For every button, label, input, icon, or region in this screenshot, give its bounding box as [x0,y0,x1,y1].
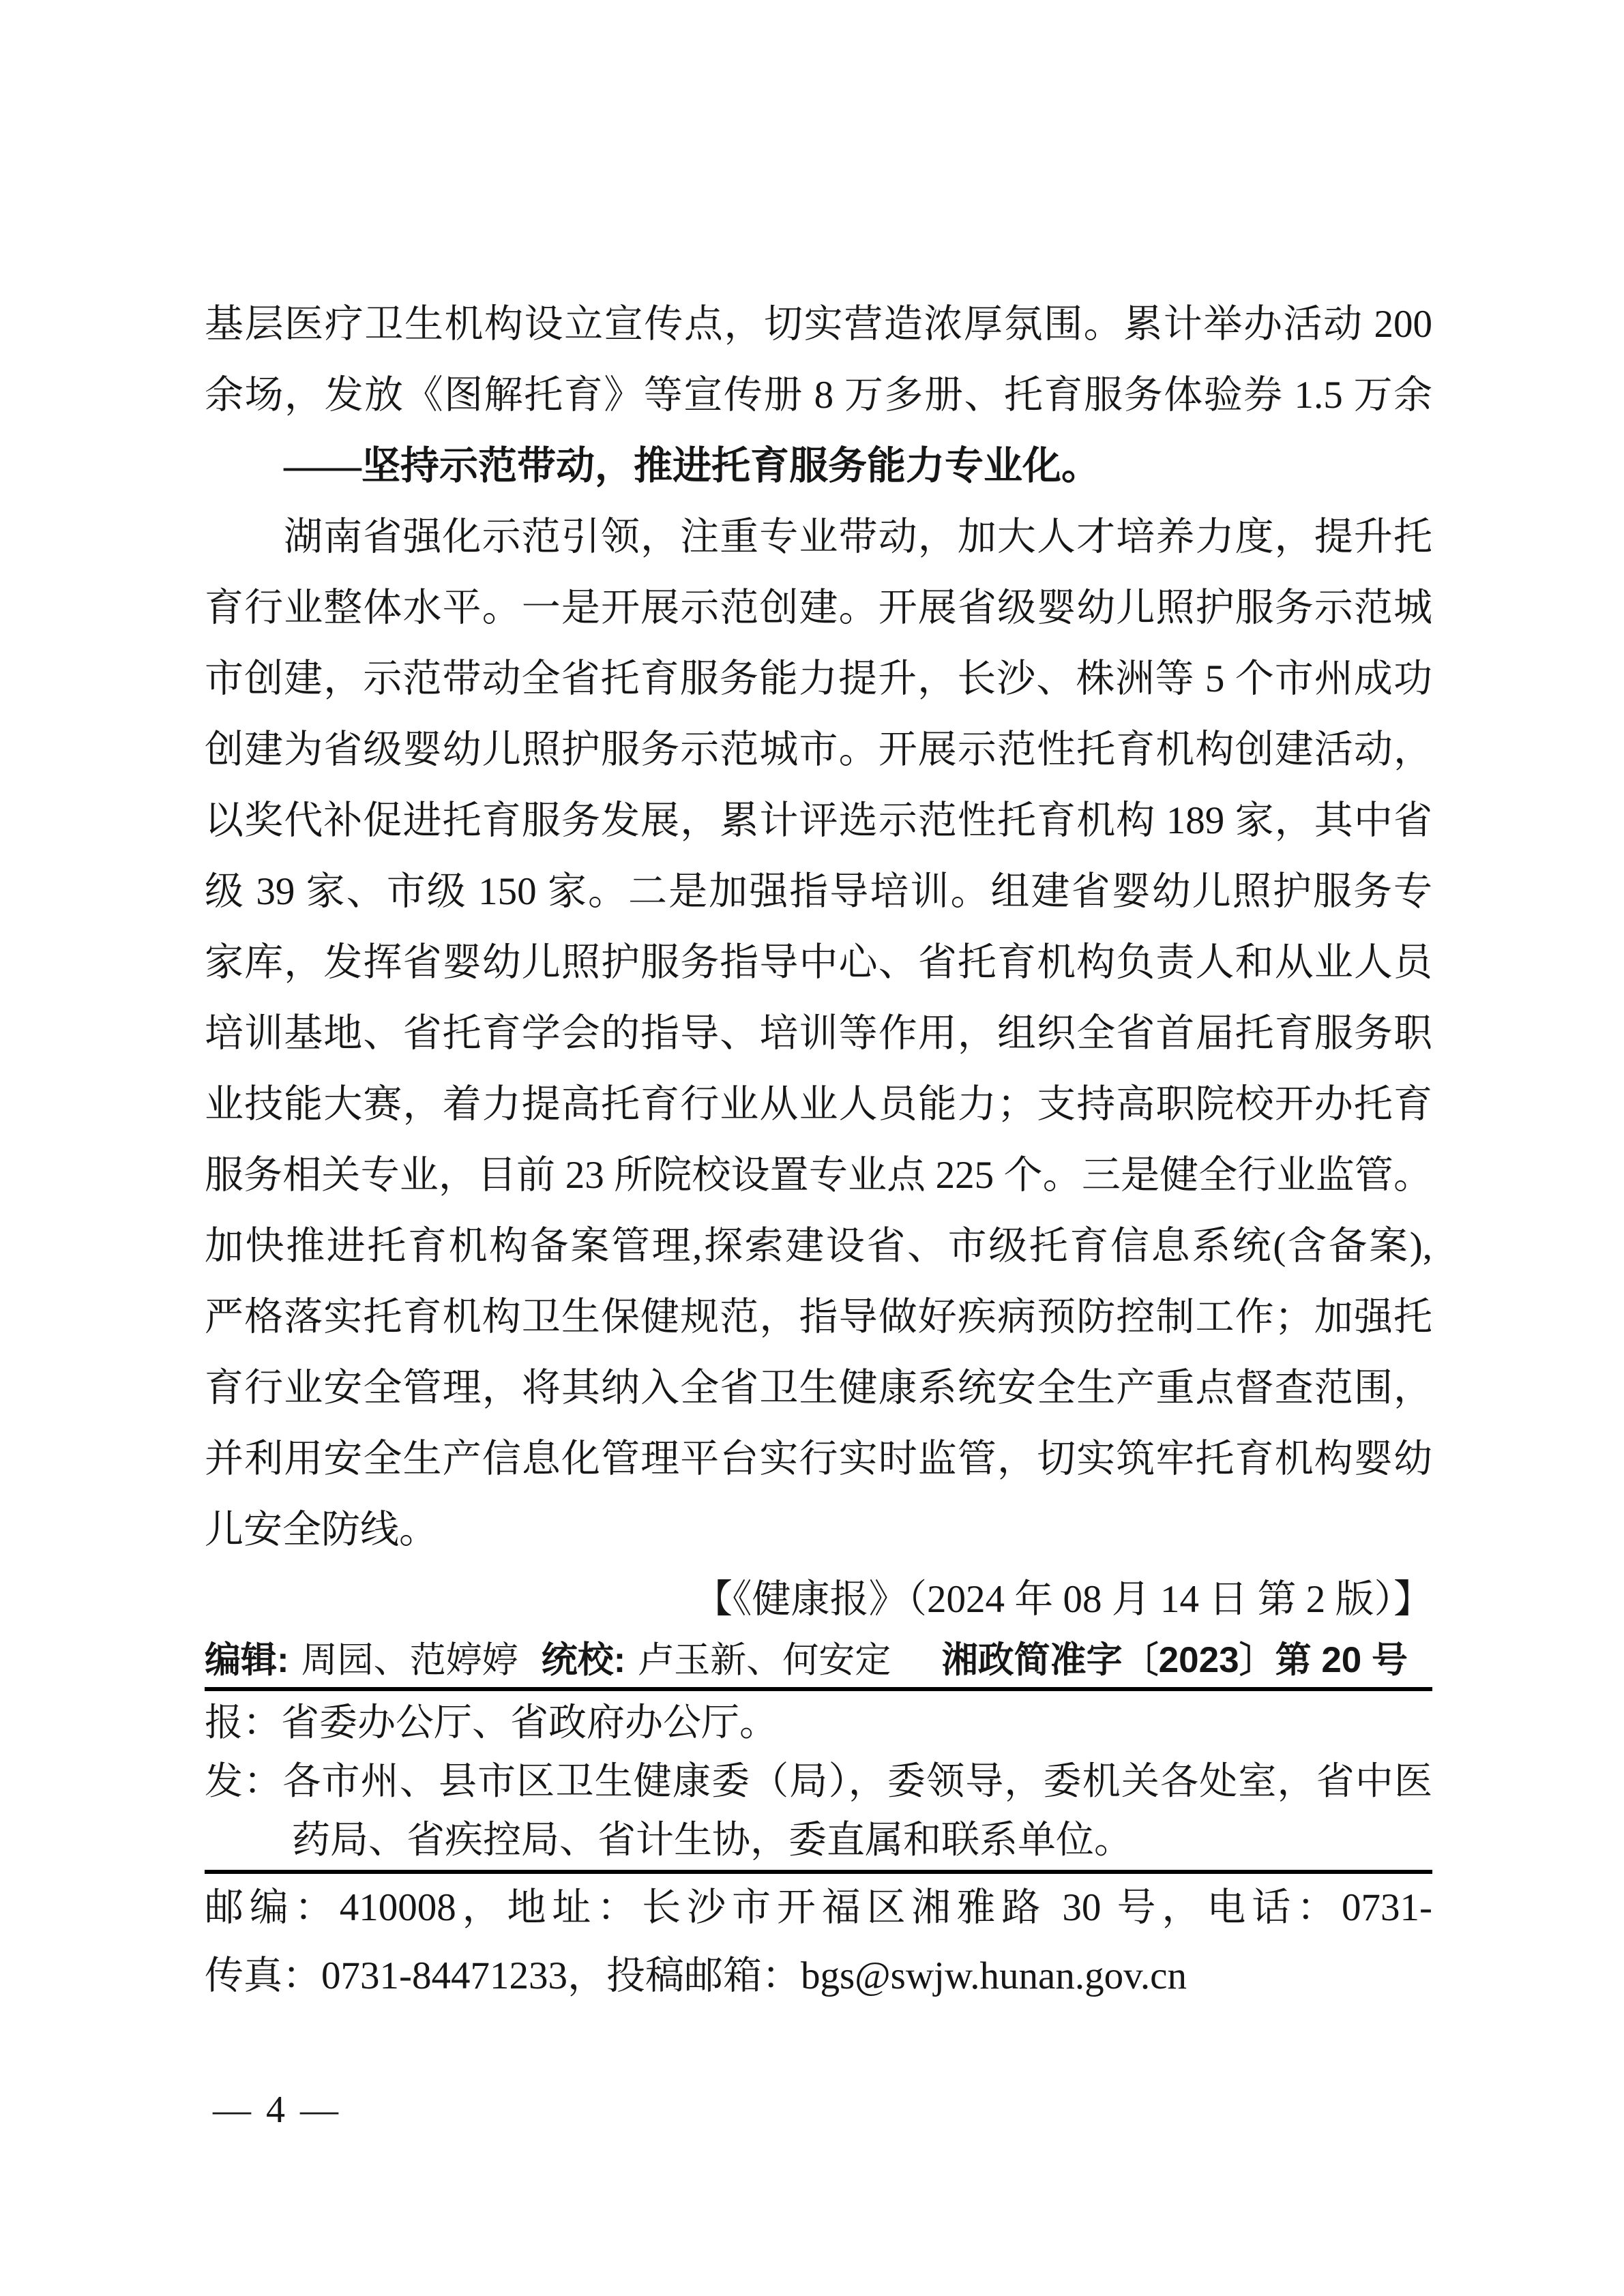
body-line: 加快推进托育机构备案管理,探索建设省、市级托育信息系统(含备案), [205,1211,1432,1282]
editor-label: 编辑: [205,1634,289,1687]
body-line: 育行业安全管理，将其纳入全省卫生健康系统安全生产重点督查范围， [205,1353,1432,1424]
body-line: 以奖代补促进托育服务发展，累计评选示范性托育机构 189 家，其中省 [205,786,1432,856]
proofreader-label: 统校: [542,1634,626,1687]
body-line: 基层医疗卫生机构设立宣传点，切实营造浓厚氛围。累计举办活动 200 [205,289,1432,360]
body-line: 余场，发放《图解托育》等宣传册 8 万多册、托育服务体验券 1.5 万余张。 [205,360,1432,431]
body-line: 家库，发挥省婴幼儿照护服务指导中心、省托育机构负责人和从业人员 [205,927,1432,998]
report-line: 报：省委办公厅、省政府办公厅。 [205,1694,1432,1753]
editor-pair: 编辑: 周园、范婷婷 [205,1634,518,1687]
body-line: 育行业整体水平。一是开展示范创建。开展省级婴幼儿照护服务示范城 [205,573,1432,644]
source-citation: 【《健康报》（2024 年 08 月 14 日 第 2 版）】 [205,1566,1432,1634]
contact-line-2: 传真：0731-84471233，投稿邮箱：bgs@swjw.hunan.gov… [205,1942,1432,2010]
distribution-line-2: 药局、省疾控局、省计生协，委直属和联系单位。 [205,1811,1432,1870]
colophon-editors-row: 编辑: 周园、范婷婷 统校: 卢玉新、何安定 湘政简准字〔2023〕第 20 号 [205,1634,1432,1687]
body-line: 业技能大赛，着力提高托育行业从业人员能力；支持高职院校开办托育 [205,1069,1432,1140]
page-content: 基层医疗卫生机构设立宣传点，切实营造浓厚氛围。累计举办活动 200余场，发放《图… [205,289,1432,2010]
proofreader-names: 卢玉新、何安定 [638,1634,891,1687]
body-line: 培训基地、省托育学会的指导、培训等作用，组织全省首届托育服务职 [205,998,1432,1069]
body-line: 严格落实托育机构卫生保健规范，指导做好疾病预防控制工作；加强托 [205,1282,1432,1353]
body-line: 服务相关专业，目前 23 所院校设置专业点 225 个。三是健全行业监管。 [205,1140,1432,1211]
document-page: { "document": { "body_lines": [ {"text":… [0,0,1624,2296]
editors-group: 编辑: 周园、范婷婷 统校: 卢玉新、何安定 [205,1634,891,1687]
body-line: ——坚持示范带动，推进托育服务能力专业化。 [205,431,1432,502]
contact-line-1: 邮编：410008，地址：长沙市开福区湘雅路 30 号，电话：0731-8482… [205,1874,1432,1942]
body-line: 级 39 家、市级 150 家。二是加强指导培训。组建省婴幼儿照护服务专 [205,856,1432,927]
editor-names: 周园、范婷婷 [301,1634,518,1687]
body-text: 基层医疗卫生机构设立宣传点，切实营造浓厚氛围。累计举办活动 200余场，发放《图… [205,289,1432,1566]
body-line: 创建为省级婴幼儿照护服务示范城市。开展示范性托育机构创建活动， [205,715,1432,786]
body-line: 市创建，示范带动全省托育服务能力提升，长沙、株洲等 5 个市州成功 [205,644,1432,715]
body-line: 儿安全防线。 [205,1495,1432,1566]
divider-rule-top [205,1687,1432,1691]
page-number: — 4 — [213,2088,341,2132]
body-line: 并利用安全生产信息化管理平台实行实时监管，切实筑牢托育机构婴幼 [205,1424,1432,1495]
proofreader-pair: 统校: 卢玉新、何安定 [542,1634,891,1687]
document-number: 湘政简准字〔2023〕第 20 号 [942,1634,1432,1687]
distribution-line-1: 发：各市州、县市区卫生健康委（局），委领导，委机关各处室，省中医 [205,1753,1432,1811]
body-line: 湖南省强化示范引领，注重专业带动，加大人才培养力度，提升托 [205,502,1432,573]
